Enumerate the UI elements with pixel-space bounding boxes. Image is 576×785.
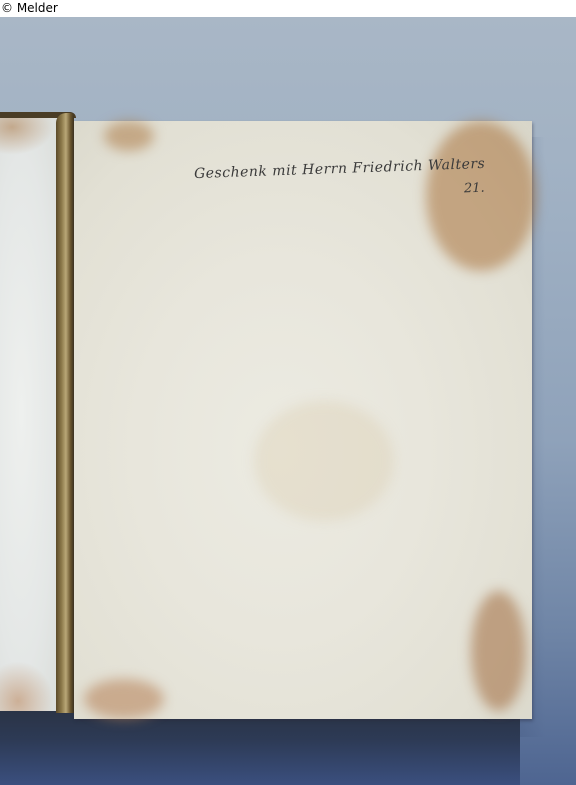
foxing-stain-bottom-right [471,591,526,711]
foxing-stain-bottom-left [84,679,164,719]
foxing-stain-top-left [104,121,154,151]
book-photo: Geschenk mit Herrn Friedrich Walters 21. [0,17,576,785]
foxing-stain-center [254,401,394,521]
left-endpaper-leaf [0,115,62,711]
book-spine-hinge [56,113,74,713]
copyright-caption: © Melder [0,0,576,17]
foxing-stain-top-right [426,121,536,271]
flyleaf-page: Geschenk mit Herrn Friedrich Walters 21. [74,121,532,719]
handwritten-inscription-number: 21. [464,181,485,197]
